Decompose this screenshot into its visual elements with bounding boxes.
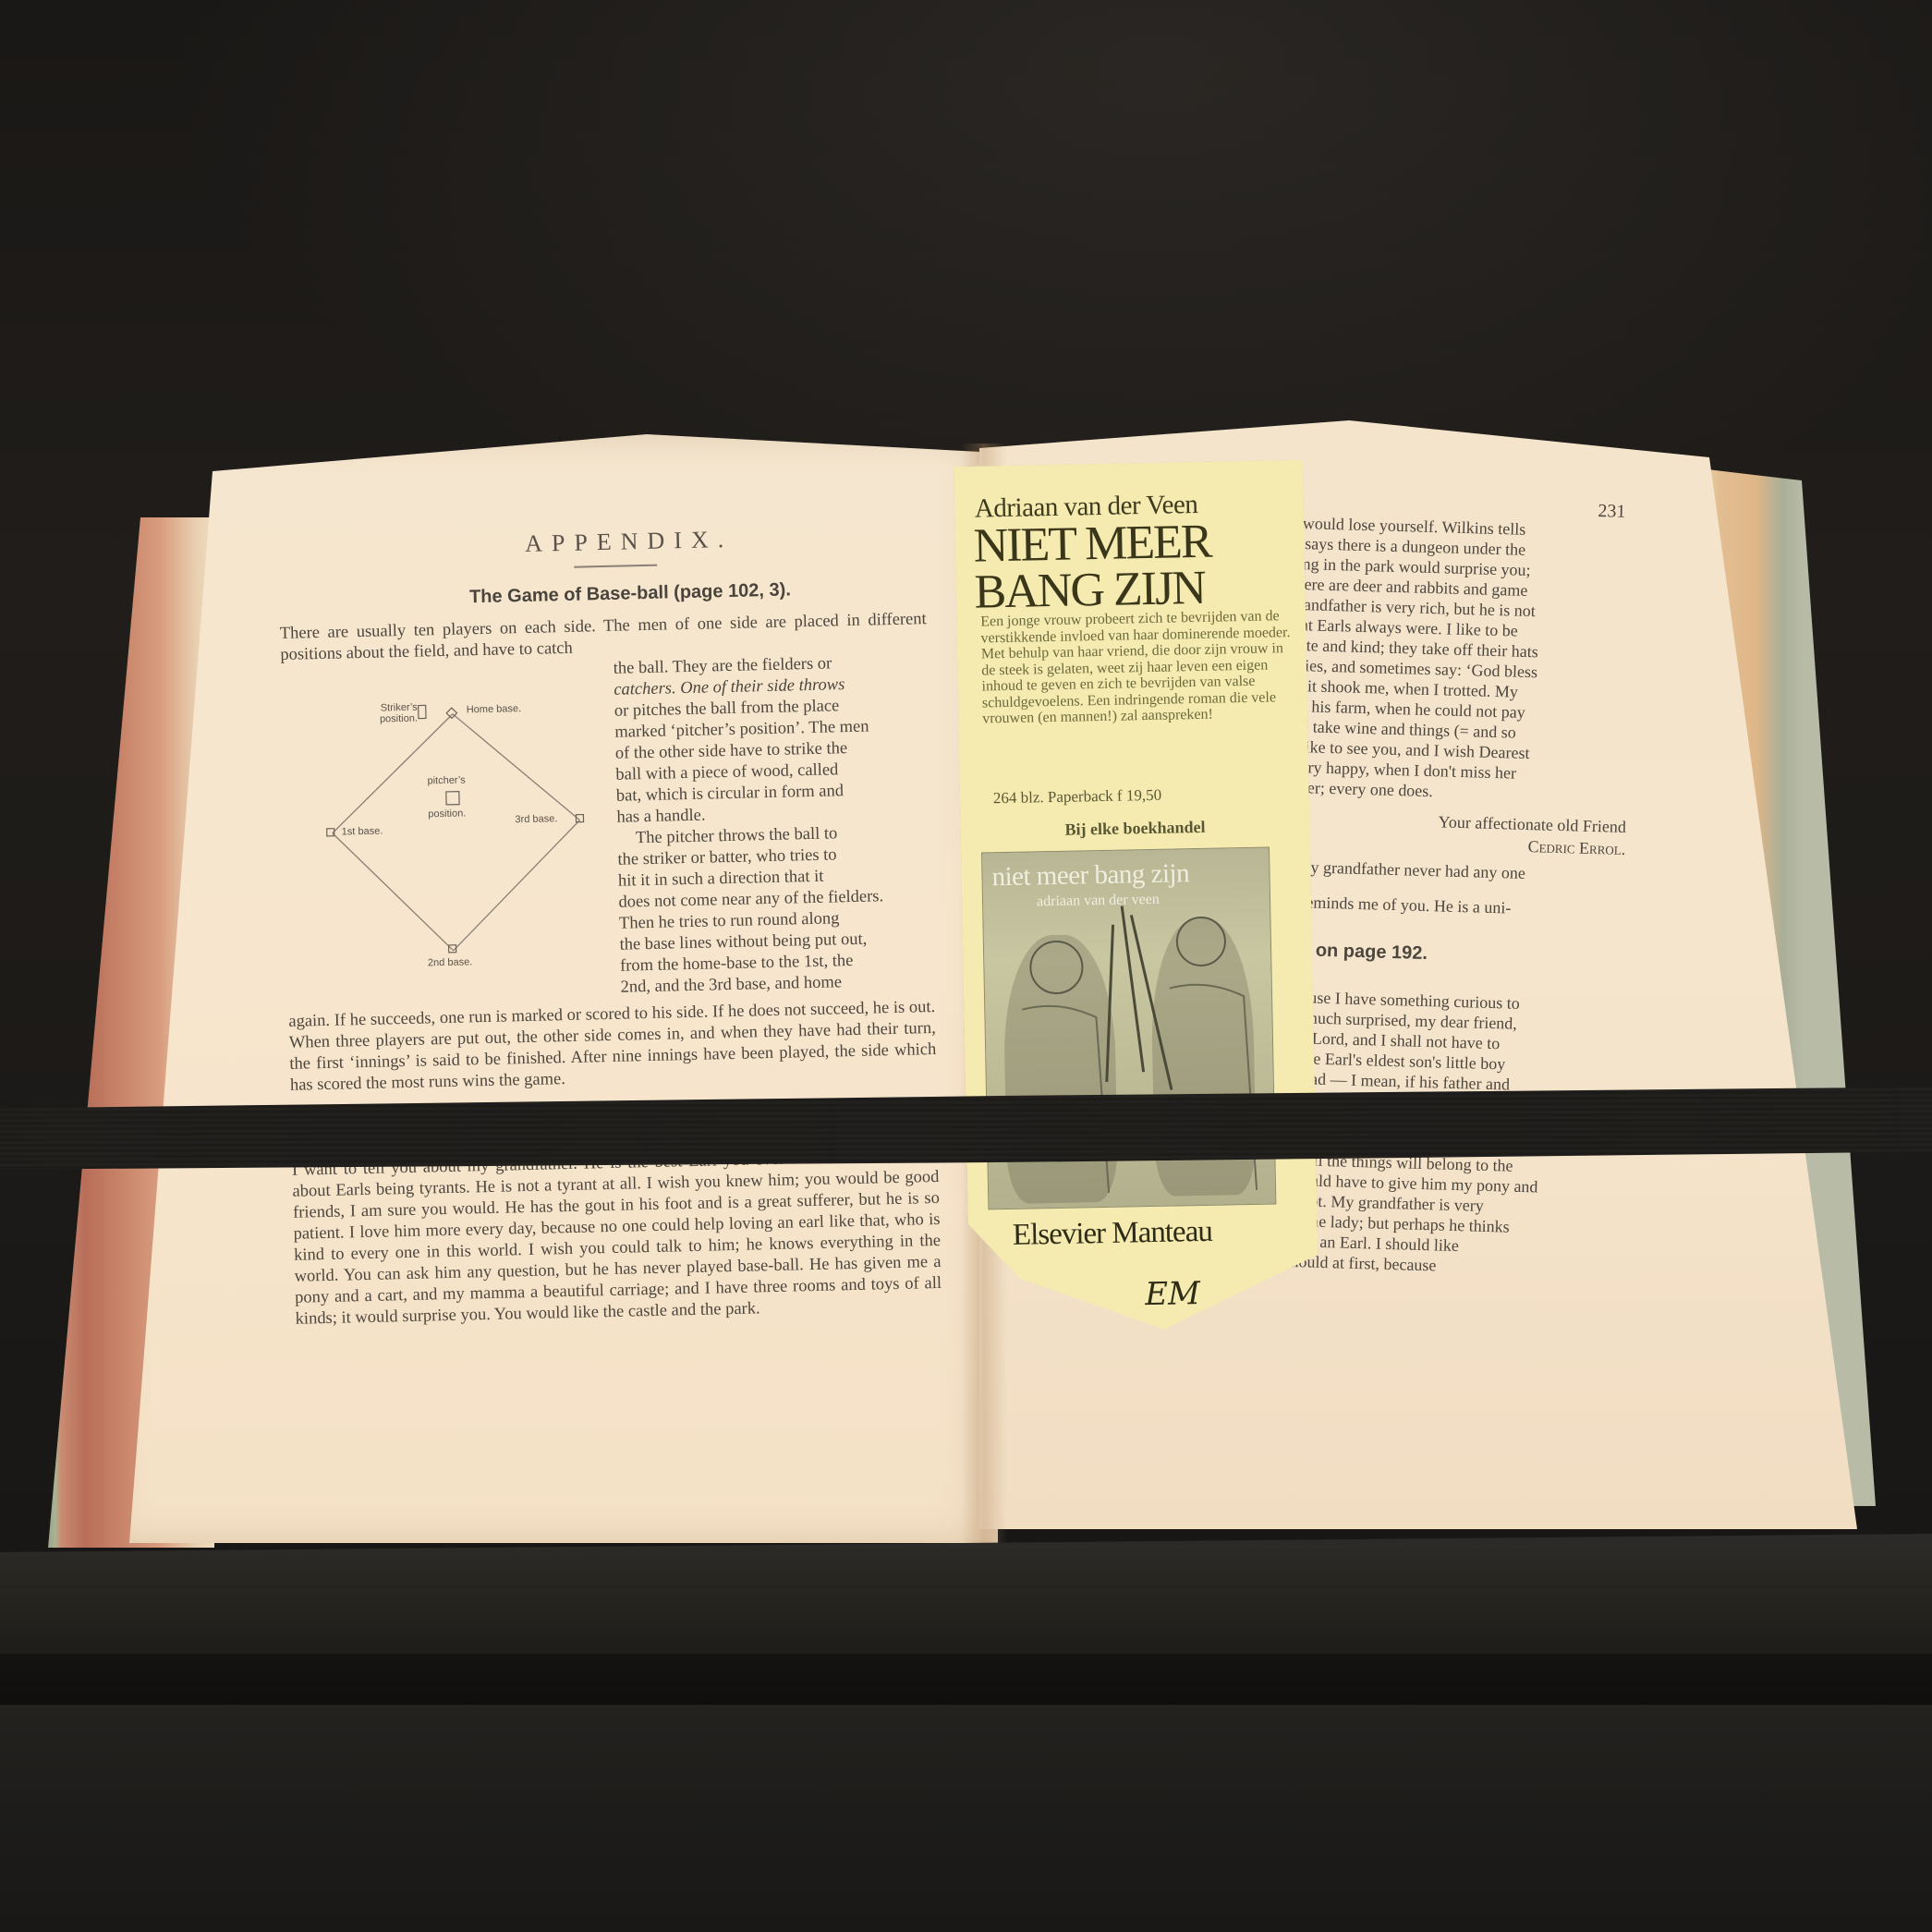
bookmark[interactable]: Adriaan van der Veen NIET MEER BANG ZIJN…: [954, 460, 1319, 1333]
right-line: geon. My grandfather never had any one: [1255, 856, 1689, 888]
baseball-diamond-diagram: Striker’s position. Home base. pitcher’s…: [318, 690, 592, 974]
pitchers-label-bottom: position.: [428, 808, 466, 820]
right-line: arl; he reminds me of you. He is a uni-: [1254, 891, 1688, 923]
heading-rule: [574, 565, 657, 568]
left-page-text: APPENDIX. The Game of Base-ball (page 10…: [277, 503, 942, 1331]
book-stand-lip: [0, 1654, 1932, 1705]
book-stand-base: [0, 1705, 1932, 1932]
first-base-label: 1st base.: [342, 825, 383, 837]
bookmark-publisher: Elsevier Manteau: [1013, 1215, 1212, 1253]
book-stand-ledge: [0, 1534, 1932, 1663]
bookmark-description: Een jonge vrouw probeert zich te bevrijd…: [980, 608, 1296, 727]
strikers-position-label: Striker’s position.: [367, 702, 419, 725]
bookmark-availability: Bij elke boekhandel: [960, 816, 1309, 842]
bookmark-price: 264 blz. Paperback f 19,50: [993, 786, 1162, 808]
page-number: 231: [1598, 501, 1626, 523]
pitchers-label-top: pitcher’s: [427, 774, 465, 786]
appendix-heading: APPENDIX.: [333, 521, 925, 563]
em-logo-icon: EM: [1145, 1275, 1200, 1313]
right-column-text: the ball. They are the fielders or catch…: [614, 651, 935, 999]
baseball-paragraph-end: again. If he succeeds, one run is marked…: [288, 997, 937, 1097]
second-base-label: 2nd base.: [428, 956, 473, 968]
cedric-subheading: Cedric on page 192.: [1253, 939, 1687, 972]
baseball-section-title: The Game of Base-ball (page 102, 3).: [334, 577, 926, 612]
bookmark-title-line2: BANG ZIJN: [974, 565, 1212, 616]
third-base-label: 3rd base.: [515, 813, 557, 825]
bookmark-title: NIET MEER BANG ZIJN: [973, 519, 1212, 616]
home-base-label: Home base.: [467, 703, 522, 715]
open-book: APPENDIX. The Game of Base-ball (page 10…: [0, 0, 1932, 1932]
letter-paragraph: I want to tell you about my grandfather.…: [292, 1146, 942, 1331]
